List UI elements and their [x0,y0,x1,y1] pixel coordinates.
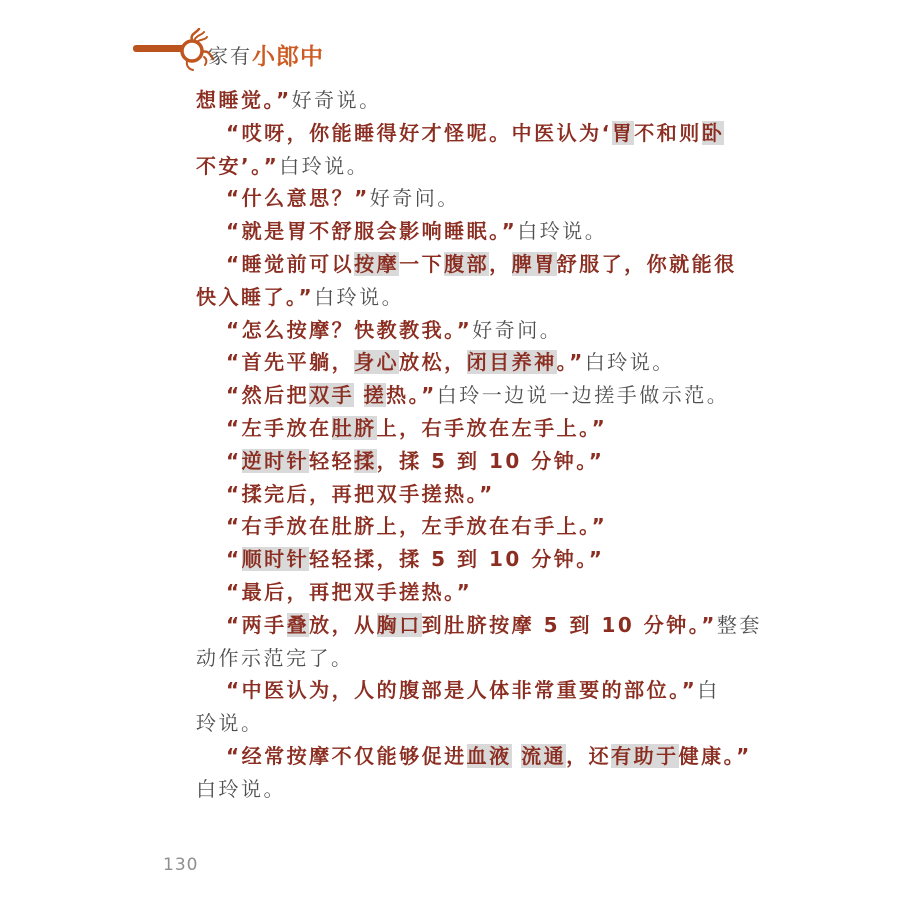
dialogue-text: “揉完后，再把双手搓热。” [226,482,495,506]
dialogue-text [354,383,363,407]
narration-text: 好奇问。 [472,318,562,342]
dialogue-text: “中医认为，人的腹部是人体非常重要的部位。” [226,678,697,702]
dialogue-text: “什么意思？” [226,186,370,210]
text-line: 快入睡了。”白玲说。 [196,281,726,314]
highlighted-term: 身心 [354,350,399,374]
highlighted-term: 胃 [612,121,635,145]
highlighted-term: 叠 [287,613,310,637]
dialogue-text: “怎么按摩？快教教我。” [226,318,472,342]
text-line: 动作示范完了。 [196,642,726,675]
dialogue-text: 放，从 [309,613,377,637]
dialogue-text: “哎呀，你能睡得好才怪呢。中医认为‘ [226,121,612,145]
dialogue-text: “ [226,547,242,571]
highlighted-term: 搓 [364,383,387,407]
highlighted-term: 卧 [702,121,725,145]
narration-text: 白玲说。 [314,285,404,309]
text-line: 白玲说。 [196,773,726,806]
narration-text: 白玲一边说一边搓手做示范。 [437,383,730,407]
text-line: “经常按摩不仅能够促进血液 流通，还有助于健康。” [196,740,726,773]
text-block: 想睡觉。”好奇说。“哎呀，你能睡得好才怪呢。中医认为‘胃不和则卧不安’。”白玲说… [196,84,726,806]
text-line: 玲说。 [196,707,726,740]
text-line: “什么意思？”好奇问。 [196,182,726,215]
dialogue-text: 舒服了，你就能很 [557,252,737,276]
highlighted-term: 闭目养神 [467,350,557,374]
dialogue-text: “就是胃不舒服会影响睡眠。” [226,219,517,243]
dialogue-text: 放松， [399,350,467,374]
dialogue-text: ，还 [566,744,611,768]
narration-text: 白玲说。 [517,219,607,243]
dialogue-text: 不安’。” [196,154,279,178]
dialogue-text: “ [226,449,242,473]
highlighted-term: 胸口 [377,613,422,637]
text-line: “两手叠放，从胸口到肚脐按摩 5 到 10 分钟。”整套 [196,609,726,642]
highlighted-term: 血液 [467,744,512,768]
series-title-accent: 小郎中 [252,43,324,70]
book-page: 家有小郎中 想睡觉。”好奇说。“哎呀，你能睡得好才怪呢。中医认为‘胃不和则卧不安… [0,0,900,900]
series-title: 家有小郎中 [208,38,324,71]
text-line: “顺时针轻轻揉，揉 5 到 10 分钟。” [196,543,726,576]
narration-text: 好奇问。 [370,186,460,210]
dialogue-text: “睡觉前可以 [226,252,354,276]
text-line: “首先平躺，身心放松，闭目养神。”白玲说。 [196,346,726,379]
dialogue-text: 到肚脐按摩 5 到 10 分钟。” [422,613,717,637]
dialogue-text: “右手放在肚脐上，左手放在右手上。” [226,514,607,538]
dialogue-text: 。” [557,350,585,374]
text-line: “揉完后，再把双手搓热。” [196,478,726,511]
text-line: “就是胃不舒服会影响睡眠。”白玲说。 [196,215,726,248]
dialogue-text: 轻轻揉，揉 5 到 10 分钟。” [309,547,604,571]
highlighted-term: 顺时针 [242,547,310,571]
dialogue-text: 热。” [386,383,437,407]
dialogue-text: 轻轻 [309,449,354,473]
highlighted-term: 按摩 [354,252,399,276]
narration-text: 白 [697,678,720,702]
text-line: “逆时针轻轻揉，揉 5 到 10 分钟。” [196,445,726,478]
text-line: “右手放在肚脐上，左手放在右手上。” [196,510,726,543]
highlighted-term: 揉 [354,449,377,473]
narration-text: 好奇说。 [292,88,382,112]
narration-text: 白玲说。 [196,777,286,801]
series-title-prefix: 家有 [208,44,252,68]
dialogue-text: “两手 [226,613,287,637]
page-header: 家有小郎中 [0,0,900,80]
narration-text: 动作示范完了。 [196,646,354,670]
highlighted-term: 有助于 [611,744,679,768]
text-line: “睡觉前可以按摩一下腹部，脾胃舒服了，你就能很 [196,248,726,281]
narration-text: 白玲说。 [585,350,675,374]
dialogue-text: ， [489,252,512,276]
highlighted-term: 逆时针 [242,449,310,473]
dialogue-text: 健康。” [679,744,752,768]
page-number: 130 [163,855,198,875]
dialogue-text: “然后把 [226,383,309,407]
highlighted-term: 双手 [309,383,354,407]
dialogue-text: 不和则 [634,121,702,145]
text-line: 不安’。”白玲说。 [196,150,726,183]
text-line: “然后把双手 搓热。”白玲一边说一边搓手做示范。 [196,379,726,412]
highlighted-term: 脾胃 [512,252,557,276]
dialogue-text: “最后，再把双手搓热。” [226,580,472,604]
highlighted-term: 腹部 [444,252,489,276]
text-line: “中医认为，人的腹部是人体非常重要的部位。”白 [196,674,726,707]
dialogue-text: 想睡觉。” [196,88,292,112]
dialogue-text: “经常按摩不仅能够促进 [226,744,467,768]
narration-text: 白玲说。 [279,154,369,178]
highlighted-term: 流通 [521,744,566,768]
text-line: “左手放在肚脐上，右手放在左手上。” [196,412,726,445]
dialogue-text [512,744,521,768]
dialogue-text: 快入睡了。” [196,285,314,309]
dialogue-text: “首先平躺， [226,350,354,374]
dialogue-text: ，揉 5 到 10 分钟。” [377,449,605,473]
text-line: “哎呀，你能睡得好才怪呢。中医认为‘胃不和则卧 [196,117,726,150]
text-line: “怎么按摩？快教教我。”好奇问。 [196,314,726,347]
dialogue-text: 一下 [399,252,444,276]
narration-text: 整套 [717,613,762,637]
text-line: “最后，再把双手搓热。” [196,576,726,609]
text-line: 想睡觉。”好奇说。 [196,84,726,117]
highlighted-term: 肚脐 [332,416,377,440]
dialogue-text: “左手放在 [226,416,332,440]
dialogue-text: 上，右手放在左手上。” [377,416,608,440]
narration-text: 玲说。 [196,711,264,735]
